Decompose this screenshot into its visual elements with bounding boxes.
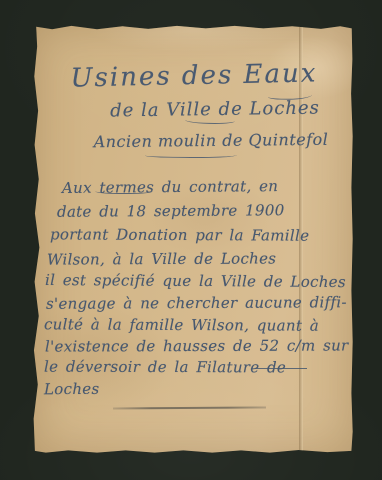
body-line: Wilson, à la Ville de Loches bbox=[47, 249, 276, 268]
closing-rule bbox=[113, 406, 266, 409]
body-line: le déversoir de la Filature de bbox=[44, 358, 286, 377]
body-line: Loches bbox=[44, 380, 100, 398]
document-subtitle: Ancien moulin de Quintefol bbox=[89, 130, 333, 152]
scan-background: Usines des Eaux de la Ville de Loches An… bbox=[0, 0, 382, 480]
subtitle-underline bbox=[145, 151, 237, 159]
body-line: s'engage à ne chercher aucune diffi- bbox=[46, 293, 347, 313]
body-line: portant Donation par la Famille bbox=[50, 225, 309, 244]
body-line: Aux termes du contrat, en bbox=[62, 177, 278, 197]
document-title-line1: Usines des Eaux bbox=[69, 58, 320, 93]
title-dash-underline bbox=[185, 117, 235, 124]
body-line: date du 18 septembre 1900 bbox=[57, 201, 285, 221]
body-line: l'existence de hausses de 52 c/m sur bbox=[45, 336, 349, 355]
body-line: il est spécifié que la Ville de Loches bbox=[45, 271, 346, 291]
filature-trailing-line bbox=[255, 362, 307, 369]
body-line: culté à la famille Wilson, quant à bbox=[44, 315, 319, 334]
paper-sheet: Usines des Eaux de la Ville de Loches An… bbox=[33, 25, 353, 453]
